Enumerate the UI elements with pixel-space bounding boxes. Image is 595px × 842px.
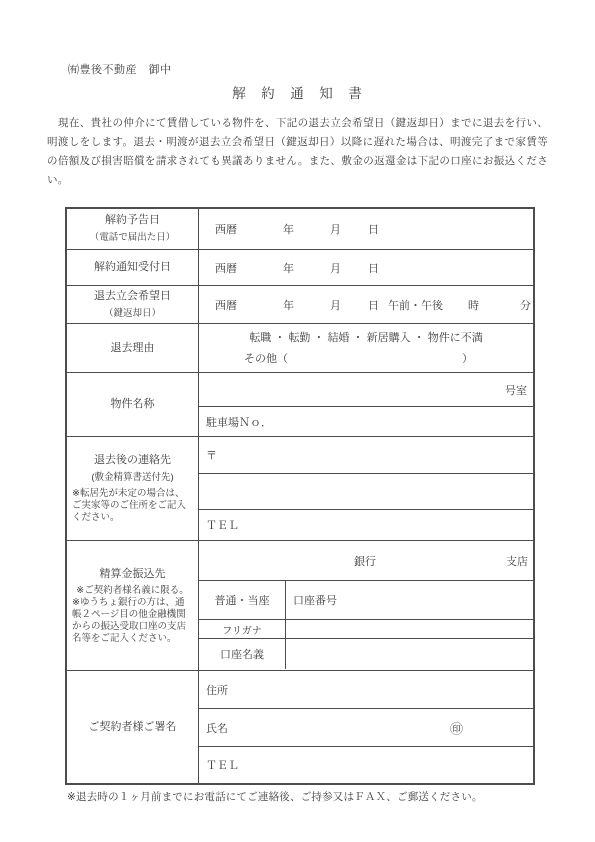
contact-tel-wrap: ＴＥＬ [199,510,533,539]
bank-label: 精算金振込先 [100,567,166,582]
accept-date-line: 西暦 年 月 日 [199,250,533,285]
name-label-wrap: 氏名 [199,709,533,746]
signature-label-cell: ご契約者様ご署名 [67,671,199,783]
contact-address-row [199,473,533,509]
row-moveout-reason: 退去理由 転職 ・ 転勤 ・ 結婚 ・ 新居購入 ・ 物件に不満 その他（ ） [67,323,533,372]
postal-mark-wrap: 〒 [199,437,533,473]
row-property-name: 物件名称 号室 駐車場Ｎｏ． [67,372,533,436]
bank-label-cell: 精算金振込先 ※ご契約者様名義に限る。 ※ゆうちょ銀行の方は、通帳２ページ目の他… [67,541,199,670]
notice-date-fill-area: 西暦 年 月 日 [199,209,533,249]
contact-sublabel: (敷金精算書送付先) [91,470,173,485]
property-label: 物件名称 [111,397,155,412]
year-label: 年 [283,260,294,276]
notice-date-sublabel: （電話で届出た日） [90,230,176,245]
month-label: 月 [330,260,341,276]
row-notice-received-date: 解約通知受付日 西暦 年 月 日 [67,249,533,285]
row-cancellation-notice-date: 解約予告日 （電話で届出た日） 西暦 年 月 日 [67,209,533,249]
signature-fill-area: 住所 氏名 ㊞ ＴＥＬ [199,671,533,783]
bank-name-line: 銀行 支店 [199,541,533,580]
bank-note-2: ※ゆうちょ銀行の方は、通帳２ページ目の他金融機関からの振込受取口座の支店名等をご… [67,597,198,645]
holder-fill-cell [286,639,533,669]
parking-label: 駐車場Ｎｏ． [206,414,272,430]
furigana-split: フリガナ [199,620,533,638]
contact-fill-area: 〒 ＴＥＬ [199,437,533,540]
property-label-cell: 物件名称 [67,373,199,436]
account-number-label: 口座番号 [293,592,337,608]
era-label: 西暦 [215,221,237,237]
moveout-date-fill-area: 西暦 年 月 日 午前・午後 時 分 [199,286,533,323]
signature-tel-row: ＴＥＬ [199,746,533,783]
signature-address-row: 住所 [199,671,533,708]
notice-date-label-cell: 解約予告日 （電話で届出た日） [67,209,199,249]
bank-suffix-label: 銀行 [354,553,376,569]
intro-paragraph: 現在、貴社の仲介にて賃借している物件を、下記の退去立会希望日（鍵返却日）までに退… [47,114,548,190]
contact-label: 退去後の連絡先 [94,453,171,468]
bank-name-row: 銀行 支店 [199,541,533,580]
name-label: 氏名 [206,720,228,736]
furigana-label-cell: フリガナ [199,620,286,638]
month-label: 月 [330,221,341,237]
postal-mark: 〒 [206,447,217,463]
reason-box: 転職 ・ 転勤 ・ 結婚 ・ 新居購入 ・ 物件に不満 その他（ ） [199,324,533,370]
document-page: ㈲豊後不動産 御中 解 約 通 知 書 現在、貴社の仲介にて賃借している物件を、… [0,0,595,842]
reason-other-prefix: その他（ [244,349,288,370]
parking-label-wrap: 駐車場Ｎｏ． [199,407,533,437]
contact-tel-row: ＴＥＬ [199,509,533,539]
parking-fill-row: 駐車場Ｎｏ． [199,406,533,437]
year-label: 年 [283,221,294,237]
day-label: 日 [368,260,379,276]
bank-fill-area: 銀行 支店 普通・当座 口座番号 [199,541,533,670]
bank-note-1: ※ご契約者様名義に限る。 [71,585,193,597]
holder-label-cell: 口座名義 [199,639,286,669]
notice-date-line: 西暦 年 月 日 [199,209,533,249]
minute-label: 分 [520,297,531,313]
contact-label-cell: 退去後の連絡先 (敷金精算書送付先) ※転居先が未定の場合は、ご実家等のご住所を… [67,437,199,540]
day-label: 日 [368,297,379,313]
contact-tel-label: ＴＥＬ [206,517,239,533]
month-label: 月 [330,297,341,313]
seal-mark-icon: ㊞ [450,718,463,737]
moveout-date-label: 退去立会希望日 [94,289,171,304]
moveout-date-label-cell: 退去立会希望日 （鍵返却日） [67,286,199,323]
signature-tel-label: ＴＥＬ [206,757,239,773]
accept-date-fill-area: 西暦 年 月 日 [199,250,533,285]
property-fill-area: 号室 駐車場Ｎｏ． [199,373,533,436]
termination-form-table: 解約予告日 （電話で届出た日） 西暦 年 月 日 解約通知受付日 西暦 年 [65,207,535,785]
recipient-line: ㈲豊後不動産 御中 [68,61,172,77]
account-split: 普通・当座 口座番号 [199,581,533,619]
property-name-fill-row: 号室 [199,373,533,406]
accept-date-label-cell: 解約通知受付日 [67,250,199,285]
furigana-label: フリガナ [222,622,262,637]
row-contact-after-moveout: 退去後の連絡先 (敷金精算書送付先) ※転居先が未定の場合は、ご実家等のご住所を… [67,436,533,540]
hour-label: 時 [468,297,479,313]
page-title: 解 約 通 知 書 [0,82,595,102]
reason-other-suffix: ） [462,349,473,370]
branch-suffix-label: 支店 [506,553,528,569]
reason-label-cell: 退去理由 [67,324,199,372]
reason-other-line: その他（ ） [199,349,533,370]
furigana-row: フリガナ [199,619,533,638]
contact-note: ※転居先が未定の場合は、ご実家等のご住所をご記入ください。 [67,488,198,524]
footer-note: ※退去時の１ヶ月前までにお電話にてご連絡後、ご持参又はＦＡＸ、ご郵送ください。 [67,789,483,804]
account-type-cell: 普通・当座 [199,581,286,619]
room-suffix-label: 号室 [505,382,527,398]
account-number-cell: 口座番号 [286,581,533,619]
reason-options: 転職 ・ 転勤 ・ 結婚 ・ 新居購入 ・ 物件に不満 [199,328,533,349]
year-label: 年 [283,297,294,313]
account-type-label: 普通・当座 [215,592,270,608]
signature-name-row: 氏名 ㊞ [199,708,533,746]
room-suffix-wrap: 号室 [199,373,533,406]
era-label: 西暦 [215,297,237,313]
accept-date-label: 解約通知受付日 [94,260,171,275]
contact-postal-row: 〒 [199,437,533,473]
account-holder-row: 口座名義 [199,638,533,669]
address-label: 住所 [206,682,228,698]
signature-tel-wrap: ＴＥＬ [199,747,533,783]
signature-label: ご契約者様ご署名 [89,720,177,735]
account-holder-label: 口座名義 [220,646,264,662]
moveout-date-sublabel: （鍵返却日） [104,306,161,321]
moveout-date-line: 西暦 年 月 日 午前・午後 時 分 [199,286,533,323]
account-number-row: 普通・当座 口座番号 [199,580,533,619]
furigana-fill-cell [286,620,533,638]
holder-split: 口座名義 [199,639,533,669]
era-label: 西暦 [215,260,237,276]
reason-label: 退去理由 [111,341,155,356]
notice-date-label: 解約予告日 [105,213,160,228]
row-settlement-bank-transfer: 精算金振込先 ※ご契約者様名義に限る。 ※ゆうちょ銀行の方は、通帳２ページ目の他… [67,540,533,670]
row-moveout-inspection-date: 退去立会希望日 （鍵返却日） 西暦 年 月 日 午前・午後 時 分 [67,285,533,323]
row-contractor-signature: ご契約者様ご署名 住所 氏名 ㊞ ＴＥＬ [67,670,533,783]
ampm-label: 午前・午後 [388,297,443,313]
reason-fill-area: 転職 ・ 転勤 ・ 結婚 ・ 新居購入 ・ 物件に不満 その他（ ） [199,324,533,372]
day-label: 日 [368,221,379,237]
address-label-wrap: 住所 [199,671,533,708]
